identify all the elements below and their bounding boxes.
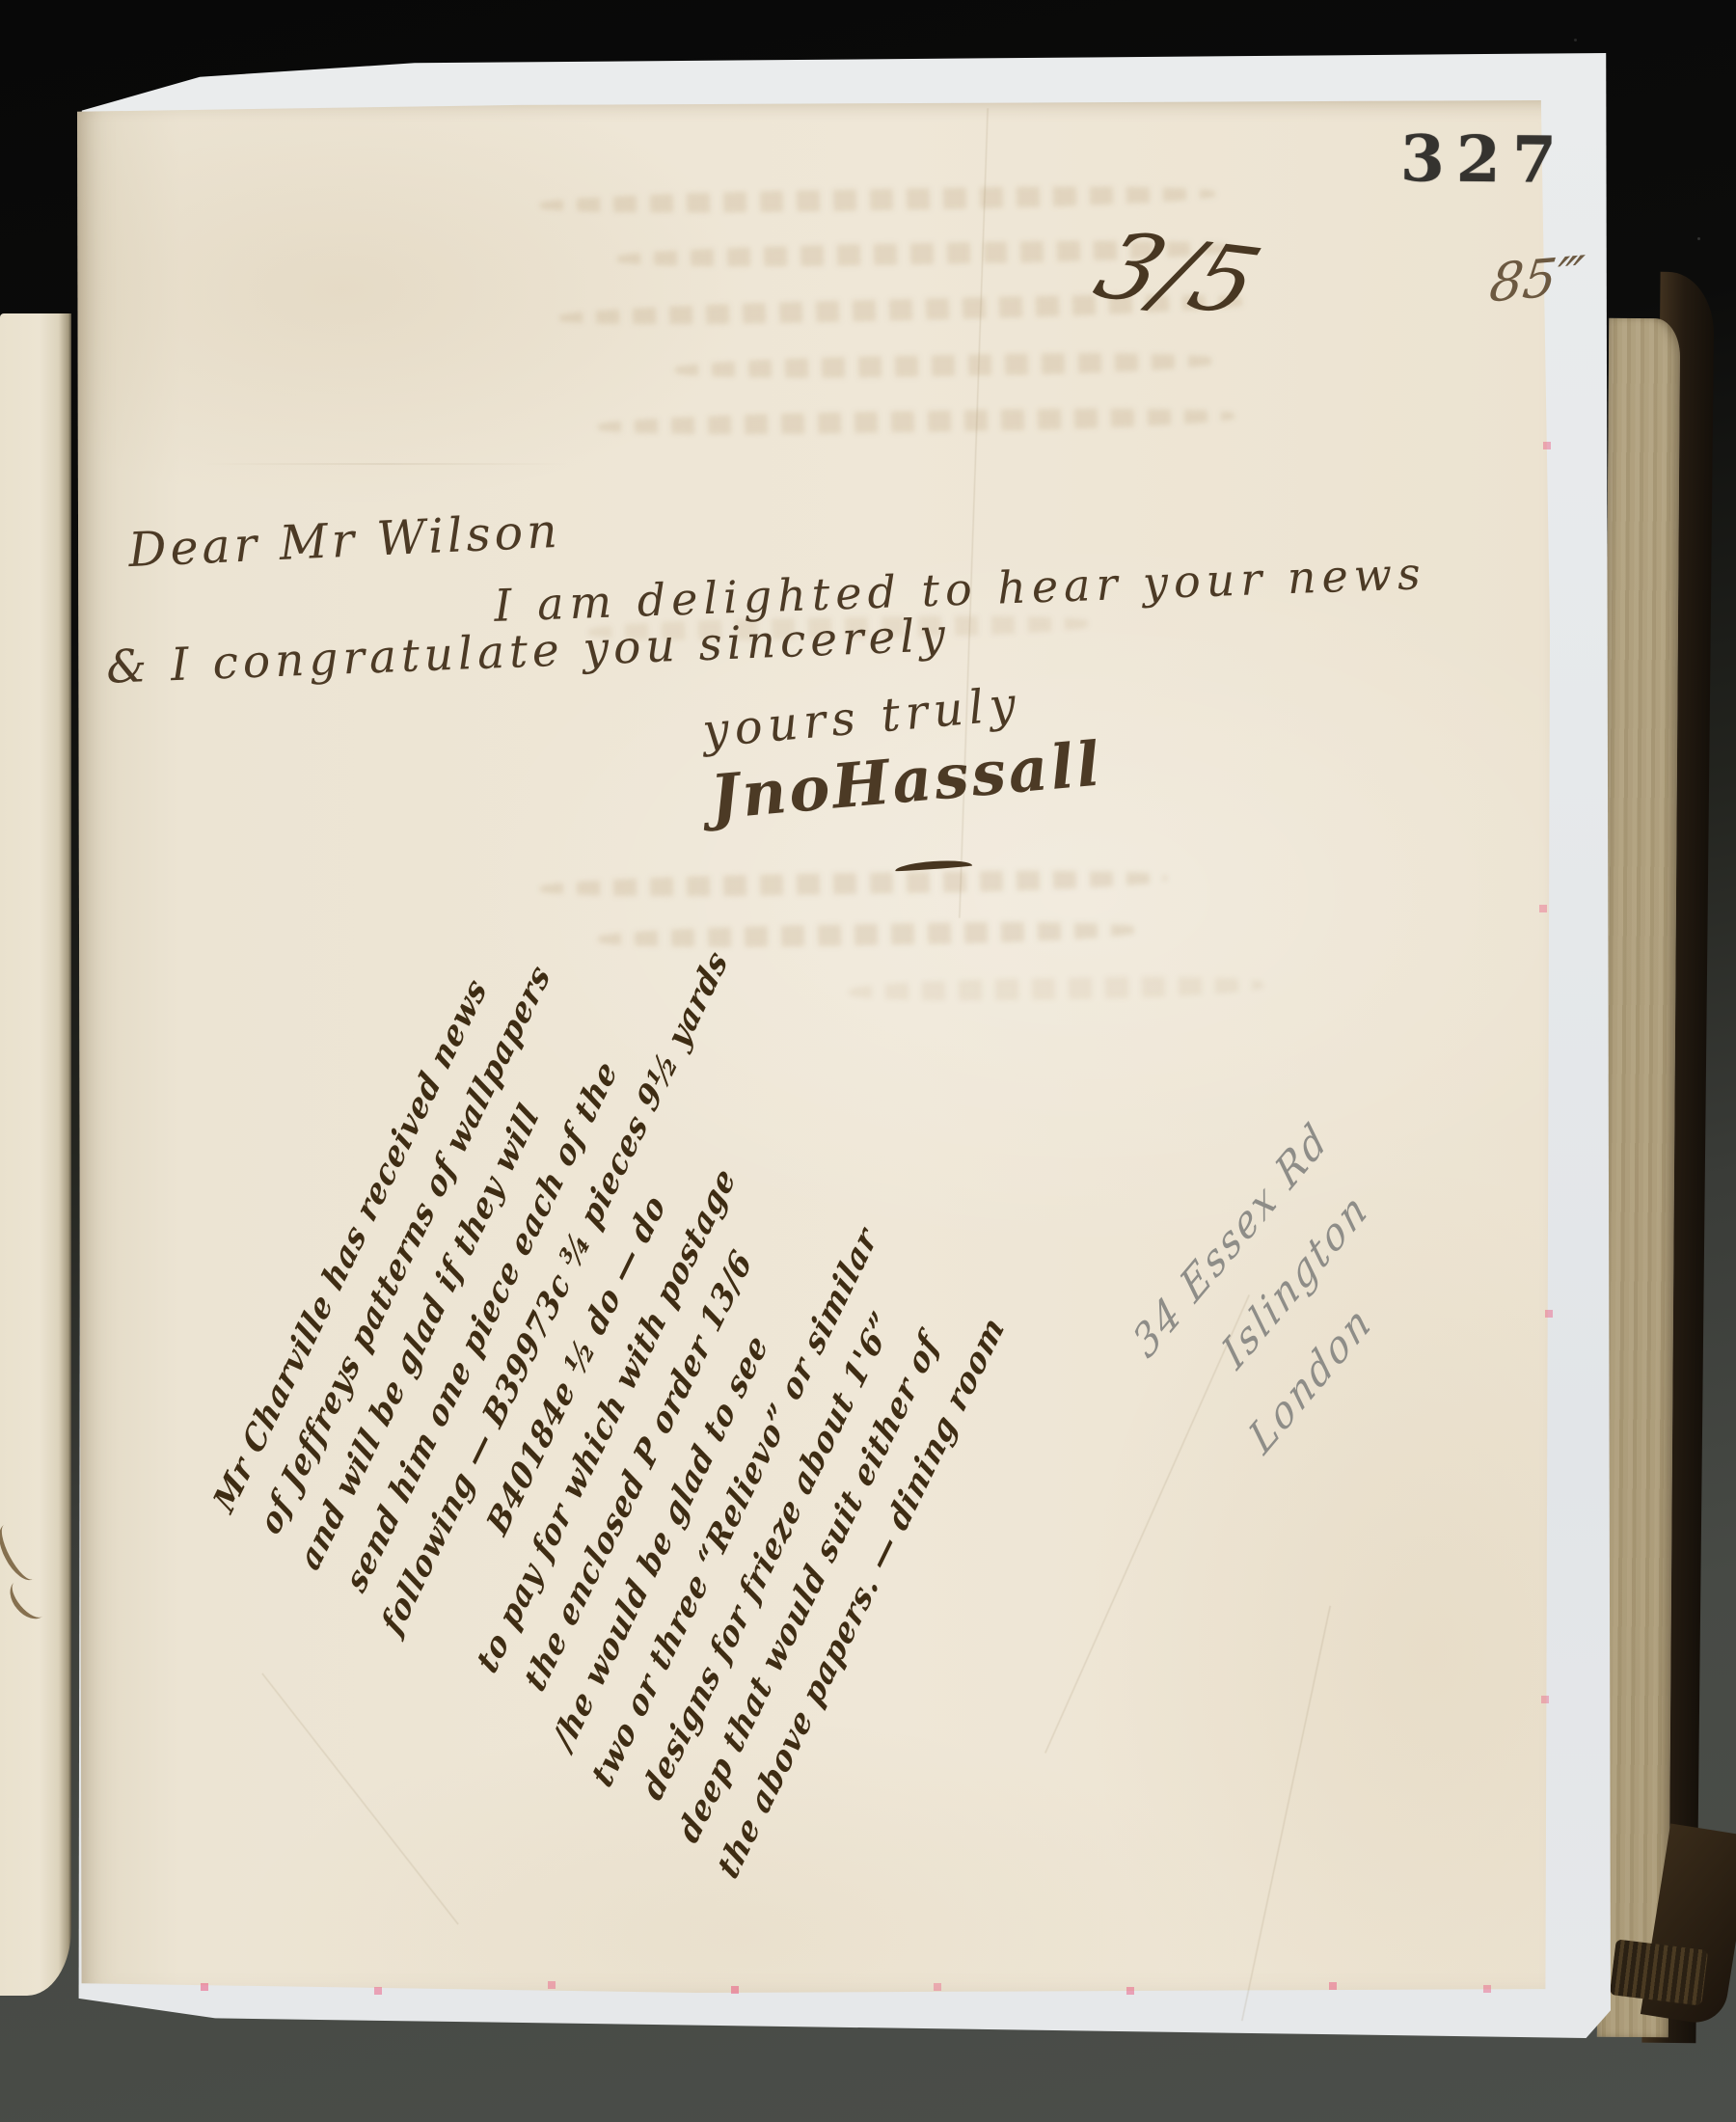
pink-edge-specks [1541,289,1545,293]
binding-rib-texture [1610,1939,1708,2005]
ink-fragment [0,1517,46,1586]
paper-crease [203,463,569,465]
dust-speck [1697,237,1700,240]
folio-number-stamp: 327 [1400,121,1569,198]
price-ink-mark: 85‴ [1486,244,1587,313]
ink-fragment [3,1572,54,1625]
pink-edge-specks [145,1979,149,1983]
scanned-letterbook-page: 327 3/5 85‴ Dear Mr Wilson I am delighte… [0,0,1736,2122]
dust-speck [1574,39,1577,41]
previous-page-sliver [0,313,71,1996]
